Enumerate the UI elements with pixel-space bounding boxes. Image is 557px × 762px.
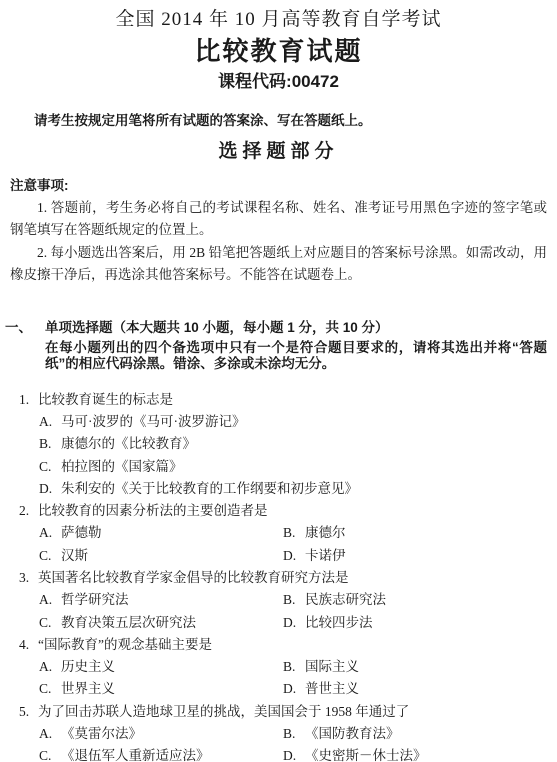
option-5-A-text: 《莫雷尔法》 (61, 723, 283, 745)
question-1-number: 1. (19, 389, 38, 411)
section-title: 单项选择题（本大题共 10 小题，每小题 1 分，共 10 分） (45, 319, 547, 337)
question-4-options: A. 历史主义 B. 国际主义 C. 世界主义 D. 普世主义 (39, 656, 547, 701)
option-3-D: D. 比较四步法 (283, 612, 547, 634)
option-3-D-text: 比较四步法 (305, 612, 547, 634)
question-1: 1. 比较教育诞生的标志是 A. 马可·波罗的《马可·波罗游记》 B. 康德尔的… (10, 389, 547, 500)
paper-title: 比较教育试题 (10, 36, 547, 66)
course-code: 课程代码:00472 (10, 72, 547, 92)
option-2-D-text: 卡诺伊 (305, 545, 547, 567)
option-4-C: C. 世界主义 (39, 678, 283, 700)
option-3-A-text: 哲学研究法 (61, 589, 283, 611)
option-1-A-label: A. (39, 411, 61, 433)
question-2-options: A. 萨德勒 B. 康德尔 C. 汉斯 D. 卡诺伊 (39, 522, 547, 567)
option-4-B: B. 国际主义 (283, 656, 547, 678)
question-5-number: 5. (19, 701, 38, 723)
option-3-B-label: B. (283, 589, 305, 611)
option-4-D-label: D. (283, 678, 305, 700)
section-number: 一、 (5, 319, 45, 372)
notice-item-2: 2. 每小题选出答案后，用 2B 铅笔把答题纸上对应题目的答案标号涂黑。如需改动… (10, 242, 547, 287)
part-title: 选择题部分 (10, 141, 547, 163)
option-4-A-text: 历史主义 (61, 656, 283, 678)
option-2-B-label: B. (283, 522, 305, 544)
option-1-D-label: D. (39, 478, 61, 500)
question-4-number: 4. (19, 634, 38, 656)
section-description: 在每小题列出的四个备选项中只有一个是符合题目要求的，请将其选出并将“答题纸”的相… (45, 340, 547, 372)
question-2-number: 2. (19, 500, 38, 522)
option-2-C: C. 汉斯 (39, 545, 283, 567)
option-5-A-label: A. (39, 723, 61, 745)
option-5-B-text: 《国防教育法》 (305, 723, 547, 745)
option-5-D: D. 《史密斯－休士法》 (283, 745, 547, 762)
option-1-A-text: 马可·波罗的《马可·波罗游记》 (61, 411, 547, 433)
option-5-D-label: D. (283, 745, 305, 762)
option-2-C-text: 汉斯 (61, 545, 283, 567)
option-2-B: B. 康德尔 (283, 522, 547, 544)
option-1-C: C. 柏拉图的《国家篇》 (39, 456, 547, 478)
option-1-D: D. 朱利安的《关于比较教育的工作纲要和初步意见》 (39, 478, 547, 500)
option-2-A-text: 萨德勒 (61, 522, 283, 544)
option-2-D-label: D. (283, 545, 305, 567)
option-2-B-text: 康德尔 (305, 522, 547, 544)
question-1-text: 比较教育诞生的标志是 (38, 389, 547, 411)
option-3-C: C. 教育决策五层次研究法 (39, 612, 283, 634)
option-4-B-label: B. (283, 656, 305, 678)
notice-item-1: 1. 答题前，考生务必将自己的考试课程名称、姓名、准考证号用黑色字迹的签字笔或钢… (10, 197, 547, 242)
question-2-text: 比较教育的因素分析法的主要创造者是 (38, 500, 547, 522)
option-5-C-label: C. (39, 745, 61, 762)
option-5-D-text: 《史密斯－休士法》 (305, 745, 547, 762)
question-5-title: 5. 为了回击苏联人造地球卫星的挑战，美国国会于 1958 年通过了 (10, 701, 547, 723)
question-5-text: 为了回击苏联人造地球卫星的挑战，美国国会于 1958 年通过了 (38, 701, 547, 723)
question-3-options: A. 哲学研究法 B. 民族志研究法 C. 教育决策五层次研究法 D. 比较四步… (39, 589, 547, 634)
option-4-A: A. 历史主义 (39, 656, 283, 678)
question-4-text: “国际教育”的观念基础主要是 (38, 634, 547, 656)
question-2-title: 2. 比较教育的因素分析法的主要创造者是 (10, 500, 547, 522)
option-4-B-text: 国际主义 (305, 656, 547, 678)
option-2-A: A. 萨德勒 (39, 522, 283, 544)
option-5-C: C. 《退伍军人重新适应法》 (39, 745, 283, 762)
exam-paper-page: 全国 2014 年 10 月高等教育自学考试 比较教育试题 课程代码:00472… (0, 0, 557, 762)
question-5-options: A. 《莫雷尔法》 B. 《国防教育法》 C. 《退伍军人重新适应法》 D. 《… (39, 723, 547, 762)
section-one-heading: 一、 单项选择题（本大题共 10 小题，每小题 1 分，共 10 分） 在每小题… (5, 319, 547, 372)
question-1-options: A. 马可·波罗的《马可·波罗游记》 B. 康德尔的《比较教育》 C. 柏拉图的… (39, 411, 547, 500)
option-5-A: A. 《莫雷尔法》 (39, 723, 283, 745)
question-3-title: 3. 英国著名比较教育学家金倡导的比较教育研究方法是 (10, 567, 547, 589)
option-4-D: D. 普世主义 (283, 678, 547, 700)
question-5: 5. 为了回击苏联人造地球卫星的挑战，美国国会于 1958 年通过了 A. 《莫… (10, 701, 547, 762)
option-3-D-label: D. (283, 612, 305, 634)
option-2-A-label: A. (39, 522, 61, 544)
option-1-C-text: 柏拉图的《国家篇》 (61, 456, 547, 478)
option-3-B: B. 民族志研究法 (283, 589, 547, 611)
notice-heading: 注意事项: (10, 177, 547, 194)
section-heading-content: 单项选择题（本大题共 10 小题，每小题 1 分，共 10 分） 在每小题列出的… (45, 319, 547, 372)
option-1-C-label: C. (39, 456, 61, 478)
option-3-A-label: A. (39, 589, 61, 611)
option-5-C-text: 《退伍军人重新适应法》 (61, 745, 283, 762)
option-2-C-label: C. (39, 545, 61, 567)
option-4-A-label: A. (39, 656, 61, 678)
option-3-C-label: C. (39, 612, 61, 634)
option-5-B: B. 《国防教育法》 (283, 723, 547, 745)
question-2: 2. 比较教育的因素分析法的主要创造者是 A. 萨德勒 B. 康德尔 C. 汉斯… (10, 500, 547, 567)
question-4-title: 4. “国际教育”的观念基础主要是 (10, 634, 547, 656)
notice-block: 注意事项: 1. 答题前，考生务必将自己的考试课程名称、姓名、准考证号用黑色字迹… (10, 177, 547, 287)
option-5-B-label: B. (283, 723, 305, 745)
question-3-text: 英国著名比较教育学家金倡导的比较教育研究方法是 (38, 567, 547, 589)
option-1-B-text: 康德尔的《比较教育》 (61, 433, 547, 455)
option-4-D-text: 普世主义 (305, 678, 547, 700)
option-3-A: A. 哲学研究法 (39, 589, 283, 611)
question-1-title: 1. 比较教育诞生的标志是 (10, 389, 547, 411)
question-3: 3. 英国著名比较教育学家金倡导的比较教育研究方法是 A. 哲学研究法 B. 民… (10, 567, 547, 634)
answer-instruction: 请考生按规定用笔将所有试题的答案涂、写在答题纸上。 (10, 112, 547, 129)
option-4-C-label: C. (39, 678, 61, 700)
option-1-B-label: B. (39, 433, 61, 455)
option-1-B: B. 康德尔的《比较教育》 (39, 433, 547, 455)
question-3-number: 3. (19, 567, 38, 589)
option-1-A: A. 马可·波罗的《马可·波罗游记》 (39, 411, 547, 433)
option-3-B-text: 民族志研究法 (305, 589, 547, 611)
question-list: 1. 比较教育诞生的标志是 A. 马可·波罗的《马可·波罗游记》 B. 康德尔的… (10, 389, 547, 762)
option-4-C-text: 世界主义 (61, 678, 283, 700)
option-2-D: D. 卡诺伊 (283, 545, 547, 567)
question-4: 4. “国际教育”的观念基础主要是 A. 历史主义 B. 国际主义 C. 世界主… (10, 634, 547, 701)
option-3-C-text: 教育决策五层次研究法 (61, 612, 283, 634)
exam-session-title: 全国 2014 年 10 月高等教育自学考试 (10, 8, 547, 32)
option-1-D-text: 朱利安的《关于比较教育的工作纲要和初步意见》 (61, 478, 547, 500)
